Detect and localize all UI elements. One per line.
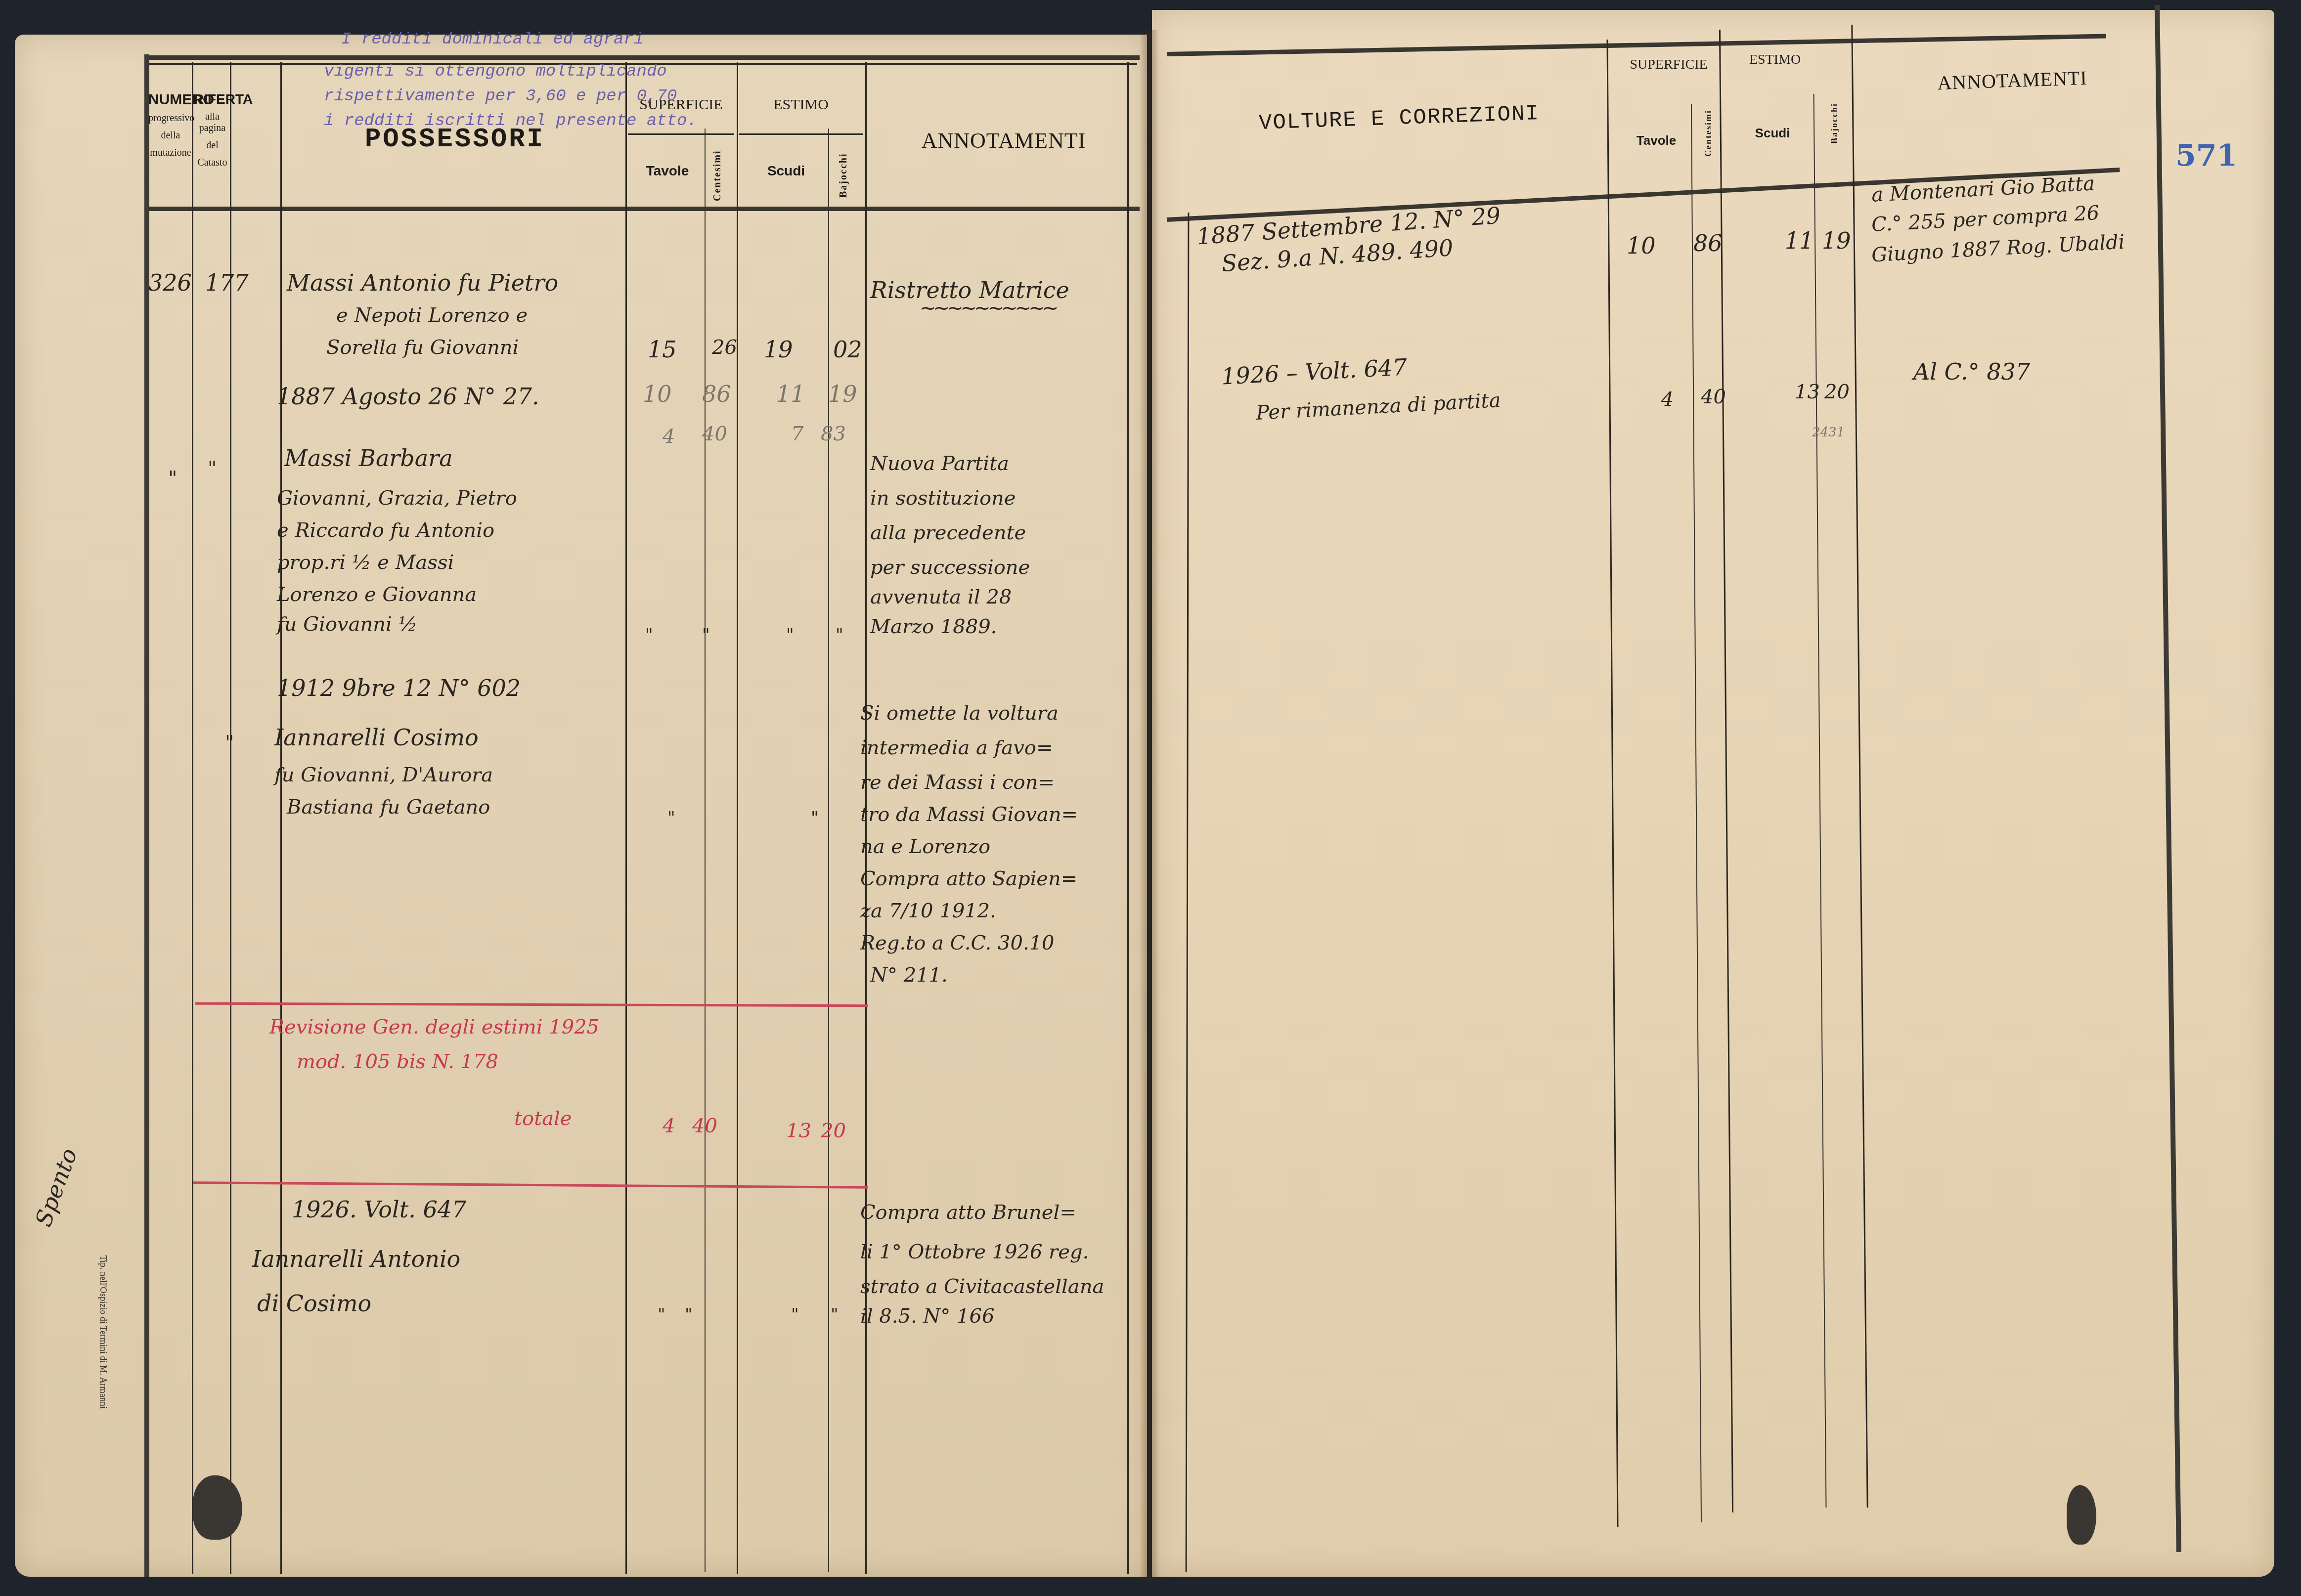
revision-note-line2: mod. 105 bis N. 178 <box>297 1050 498 1073</box>
entry4-possessore-line3: e Riccardo fu Antonio <box>277 519 494 542</box>
entry6-possessore-line2: fu Giovanni, D'Aurora <box>274 764 493 786</box>
right-pencil-note: 2431 <box>1812 425 1845 440</box>
entry1-possessore-line2: e Nepoti Lorenzo e <box>336 304 528 327</box>
header-riferta: RIFERTA alla pagina del Catasto <box>194 91 231 169</box>
final-entry-scudi-ditto: " <box>791 1305 799 1325</box>
right-header-scudi: Scudi <box>1730 126 1814 141</box>
entry4-scudi-ditto: " <box>786 625 794 645</box>
stamp-line-4: i redditi iscritti nel presente atto. <box>324 111 697 131</box>
revision-total-bajocchi: 20 <box>821 1120 846 1142</box>
ink-blot-right <box>2067 1485 2096 1545</box>
right-entry2-scudi: 13 <box>1795 381 1820 403</box>
header-numero-sub3: mutazione <box>148 147 193 159</box>
entry4-riferta: " <box>208 457 217 480</box>
entry6-annotamento-line9: N° 211. <box>870 964 948 987</box>
header-centesimi: Centesimi <box>712 148 723 203</box>
final-entry-tavole-ditto: " <box>658 1305 665 1325</box>
stamp-line-1: I redditi dominicali ed agrari <box>341 30 644 50</box>
entry1-possessore-line3: Sorella fu Giovanni <box>326 336 519 359</box>
final-entry-possessore-line2: di Cosimo <box>257 1290 371 1317</box>
header-riferta-sub2: del <box>194 140 231 151</box>
entry4-annotamento-line4: per successione <box>870 556 1030 579</box>
right-entry1-bajocchi: 19 <box>1822 227 1851 254</box>
entry6-annotamento-line2: intermedia a favo= <box>860 736 1053 759</box>
right-edge-left-page <box>1127 62 1129 1574</box>
entry4-possessore-line4: prop.ri ½ e Massi <box>277 551 454 574</box>
entry1-annotamento-flourish: ~~~~~~~~~~ <box>920 297 1056 319</box>
header-numero-sub2: della <box>148 130 193 141</box>
entry1-riferta: 177 <box>205 269 249 296</box>
revision-total-centesimi: 40 <box>692 1115 717 1137</box>
entry4-annotamento-line2: in sostituzione <box>870 487 1016 510</box>
header-numero: NUMERO progressivo della mutazione <box>148 91 193 159</box>
final-entry-annotamento-line2: li 1° Ottobre 1926 reg. <box>860 1241 1089 1263</box>
right-entry1-centesimi: 86 <box>1693 230 1723 257</box>
ink-blot-left <box>193 1475 242 1540</box>
right-header-tavole: Tavole <box>1619 133 1693 148</box>
right-entry2-tavole: 4 <box>1661 388 1674 411</box>
final-entry-volt: 1926. Volt. 647 <box>292 1196 466 1223</box>
col-divider-centesimi <box>705 129 706 1572</box>
entry1-tavole: 15 <box>648 336 677 363</box>
revision-total-scudi: 13 <box>786 1120 811 1142</box>
entry4-centesimi-ditto: " <box>702 625 710 645</box>
entry4-bajocchi-ditto: " <box>836 625 843 645</box>
entry4-numero: " <box>168 467 177 490</box>
entry6-annotamento-line8: Reg.to a C.C. 30.10 <box>860 932 1055 954</box>
header-scudi: Scudi <box>747 163 826 179</box>
col-divider-possessori <box>280 62 282 1574</box>
entry2-scudi: 11 <box>776 381 805 407</box>
col-divider-numero <box>192 62 193 1574</box>
entry3-bajocchi: 83 <box>821 423 846 445</box>
entry3-scudi: 7 <box>791 423 803 445</box>
entry1-bajocchi: 02 <box>833 336 862 363</box>
entry6-annotamento-line7: za 7/10 1912. <box>860 900 996 922</box>
entry1-numero: 326 <box>148 269 192 296</box>
right-entry1-scudi: 11 <box>1785 227 1814 254</box>
entry4-annotamento-line3: alla precedente <box>870 521 1026 544</box>
final-entry-annotamento-line4: il 8.5. N° 166 <box>860 1305 994 1328</box>
revision-note-line1: Revisione Gen. degli estimi 1925 <box>269 1016 599 1038</box>
right-entry2-bajocchi: 20 <box>1824 381 1850 403</box>
entry6-annotamento-line5: na e Lorenzo <box>860 835 990 858</box>
header-tavole: Tavole <box>633 163 702 179</box>
right-header-superficie: SUPERFICIE <box>1614 57 1723 73</box>
header-numero-sub1: progressivo <box>148 113 193 124</box>
header-estimo: ESTIMO <box>739 96 863 114</box>
entry3-tavole: 4 <box>663 425 675 448</box>
entry4-possessore-line2: Giovanni, Grazia, Pietro <box>277 487 517 510</box>
header-top-rule <box>146 55 1140 60</box>
final-entry-centesimi-ditto: " <box>685 1305 693 1325</box>
entry2-date: 1887 Agosto 26 N° 27. <box>277 383 539 410</box>
right-entry2-centesimi: 40 <box>1701 386 1726 408</box>
entry2-centesimi: 86 <box>702 381 731 407</box>
entry4-annotamento-line1: Nuova Partita <box>870 452 1009 475</box>
final-entry-possessore-line1: Iannarelli Antonio <box>252 1246 460 1272</box>
entry4-possessore-line1: Massi Barbara <box>284 445 453 472</box>
entry2-bajocchi: 19 <box>828 381 857 407</box>
entry4-annotamento-line5: avvenuta il 28 <box>870 586 1012 608</box>
stamp-line-3: rispettivamente per 3,60 e per 0,70 <box>324 86 677 107</box>
col-divider-estimo <box>737 62 738 1574</box>
final-entry-annotamento-line1: Compra atto Brunel= <box>860 1201 1076 1224</box>
entry6-annotamento-line3: re dei Massi i con= <box>860 771 1055 794</box>
entry6-annotamento-line6: Compra atto Sapien= <box>860 867 1077 890</box>
right-entry1-tavole: 10 <box>1627 232 1656 259</box>
right-header-estimo: ESTIMO <box>1728 52 1822 68</box>
entry6-annotamento-line1: Si omette la voltura <box>860 702 1059 725</box>
entry6-possessore-line3: Bastiana fu Gaetano <box>287 796 490 819</box>
col-divider-superficie <box>625 62 627 1574</box>
right-header-centesimi: Centesimi <box>1703 109 1714 158</box>
final-entry-annotamento-line3: strato a Civitacastellana <box>860 1275 1104 1298</box>
col-divider-bajocchi <box>828 129 829 1572</box>
header-riferta-sub3: Catasto <box>194 157 231 169</box>
printer-imprint: Tip. nell'Ospizio di Termini di M. Arman… <box>98 1255 108 1409</box>
entry6-annotamento-line4: tro da Massi Giovan= <box>860 803 1078 826</box>
book-gutter <box>1140 30 1159 1582</box>
header-riferta-sub1: alla pagina <box>194 111 231 134</box>
header-bottom-rule <box>146 207 1140 211</box>
entry4-annotamento-line6: Marzo 1889. <box>870 615 997 638</box>
entry2-tavole: 10 <box>643 381 672 407</box>
entry6-numero: " <box>225 732 234 754</box>
entry4-tavole-ditto: " <box>645 625 653 645</box>
superficie-subrule <box>628 133 734 135</box>
right-entry2-annotamento: Al C.° 837 <box>1913 358 2030 385</box>
revision-total-tavole: 4 <box>663 1115 675 1137</box>
header-numero-title: NUMERO <box>148 91 193 109</box>
header-annotamenti-left: ANNOTAMENTI <box>890 129 1117 154</box>
stamp-line-2: vigenti si ottengono moltiplicando <box>324 62 667 82</box>
entry1-possessore-line1: Massi Antonio fu Pietro <box>287 269 558 296</box>
header-bajocchi: Bajocchi <box>838 148 849 203</box>
entry6-scudi-ditto: " <box>811 808 819 828</box>
entry4-possessore-line5: Lorenzo e Giovanna <box>277 583 477 606</box>
page-number-margin: 571 <box>2175 138 2237 173</box>
entry1-scudi: 19 <box>764 336 793 363</box>
entry5-date: 1912 9bre 12 N° 602 <box>277 675 521 701</box>
final-entry-bajocchi-ditto: " <box>831 1305 839 1325</box>
entry1-centesimi: 26 <box>712 336 737 359</box>
entry3-centesimi: 40 <box>702 423 727 445</box>
entry6-tavole-ditto: " <box>667 808 675 828</box>
entry6-possessore-line1: Iannarelli Cosimo <box>274 724 479 751</box>
revision-total-label: totale <box>514 1107 572 1130</box>
estimo-subrule <box>739 133 863 135</box>
right-header-bajocchi: Bajocchi <box>1829 99 1840 148</box>
entry4-possessore-line6: fu Giovanni ½ <box>277 613 417 636</box>
header-riferta-title: RIFERTA <box>194 91 231 107</box>
